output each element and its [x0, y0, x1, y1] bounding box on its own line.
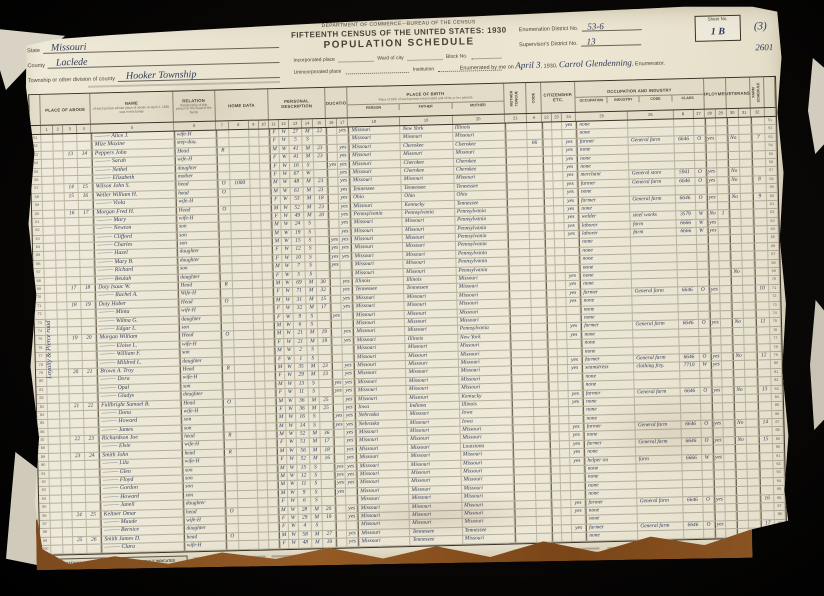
cell-ind: General farm	[633, 287, 678, 295]
cell-val	[230, 155, 250, 163]
cell-rel: Head	[178, 298, 220, 306]
cell-bpf: Missouri	[409, 477, 461, 486]
cell-uline: 1	[718, 210, 729, 218]
cell-imm	[547, 324, 557, 332]
cell-val	[232, 272, 252, 280]
cell-tongue	[505, 123, 527, 131]
cell-tongue	[514, 509, 536, 517]
cell-eng	[562, 130, 576, 138]
cell-sch: yes	[335, 480, 346, 488]
cell-eng: yes	[566, 290, 580, 298]
cell-war	[739, 126, 751, 134]
cell-imm	[548, 374, 558, 382]
cell-sex: F	[279, 515, 289, 523]
cell-war	[740, 168, 752, 176]
cell-fsch	[757, 369, 771, 377]
cell-bp: Missouri	[349, 160, 401, 169]
cell-cls	[697, 253, 708, 261]
cell-tongue	[515, 526, 537, 534]
column-number: 4	[77, 125, 91, 133]
column-number: 27	[693, 110, 704, 118]
cell-val	[234, 340, 254, 348]
cell-code	[532, 307, 547, 315]
cell-uline	[717, 168, 728, 176]
cell-bpf: Kentucky	[402, 200, 454, 209]
cell-street	[49, 462, 61, 470]
cell-ln: 52	[765, 125, 776, 133]
cell-tongue	[508, 266, 530, 274]
cell-mar: S	[311, 472, 322, 480]
cell-bpm: Pennsylvania	[455, 216, 507, 225]
cell-ind	[636, 447, 681, 455]
cell-agem	[320, 388, 333, 396]
cell-sch	[329, 228, 340, 236]
cell-sch	[331, 321, 342, 329]
cell-bpm: Missouri	[459, 358, 511, 367]
cell-imm	[551, 483, 561, 491]
cell-nat	[562, 525, 572, 533]
cell-farm	[265, 364, 275, 372]
cell-agem	[316, 254, 329, 262]
cell-mar: M	[312, 539, 323, 547]
cell-cls: W	[696, 219, 707, 227]
cell-mar: M	[312, 514, 323, 522]
cell-street	[41, 143, 53, 151]
cell-ind	[637, 463, 682, 471]
cell-imm	[544, 206, 554, 214]
cell-bp: Missouri	[351, 244, 403, 253]
cell-war	[747, 445, 759, 453]
cell-sch	[331, 304, 342, 312]
cell-rel: wife-H	[176, 215, 218, 223]
sheet-number-value: 1 B	[711, 26, 725, 37]
cell-agem: 27	[323, 531, 336, 539]
cell-ocode	[677, 270, 697, 278]
cell-race: W	[281, 196, 291, 204]
cell-uline	[718, 219, 729, 227]
cell-uline	[725, 496, 736, 504]
cell-street	[47, 386, 59, 394]
cell-rw: yes	[347, 530, 358, 538]
cell-street	[49, 437, 61, 445]
cell-house	[54, 176, 64, 184]
cell-ln: 86	[772, 411, 783, 419]
cell-vet	[729, 227, 741, 235]
cell-vet	[731, 302, 743, 310]
cell-eng: yes	[563, 155, 577, 163]
cell-agem	[314, 161, 327, 169]
cell-mar: M	[309, 397, 320, 405]
cell-house	[55, 210, 65, 218]
cell-ind: clothing fcty.	[634, 363, 679, 371]
cell-age: 5	[289, 137, 302, 145]
cell-work	[710, 328, 721, 336]
township-label: Township or other division of county	[28, 76, 115, 84]
cell-cls: O	[695, 177, 706, 185]
cell-agem: 20	[322, 505, 335, 513]
cell-own	[219, 239, 232, 247]
cell-vet	[730, 252, 742, 260]
cell-val	[237, 449, 257, 457]
cell-uline	[724, 454, 735, 462]
cell-ocode	[682, 446, 702, 454]
cell-age: 7	[292, 263, 305, 271]
cell-agem: 32	[317, 287, 330, 295]
cell-bpf: Cherokee	[402, 167, 454, 176]
cell-age: 13	[295, 380, 308, 388]
supervisors-district-label: Supervisor's District No.	[519, 41, 578, 48]
cell-ocode	[678, 312, 698, 320]
cell-code	[531, 274, 546, 282]
cell-imm	[546, 290, 556, 298]
cell-mar: S	[310, 464, 321, 472]
cell-nat	[557, 332, 567, 340]
cell-war	[740, 176, 752, 184]
cell-work: yes	[707, 219, 718, 227]
cell-radio	[256, 406, 266, 414]
cell-ln: 51	[30, 135, 41, 143]
cell-own	[223, 416, 236, 424]
cell-eng: yes	[570, 432, 584, 440]
cell-cls	[699, 345, 710, 353]
column-number: 25	[576, 112, 628, 121]
cell-occ: none	[585, 481, 637, 490]
cell-rel: son	[183, 491, 225, 499]
cell-bpm: Pennsylvania	[455, 224, 507, 233]
cell-imm	[549, 416, 559, 424]
cell-bpm: Missouri	[459, 375, 511, 384]
cell-sex: M	[271, 221, 281, 229]
cell-own	[226, 541, 239, 549]
cell-bp: Missouri	[351, 235, 403, 244]
cell-rel: son	[182, 475, 224, 483]
cell-bp: Missouri	[357, 478, 409, 487]
cell-rw: yes	[343, 371, 354, 379]
cell-uline	[720, 286, 731, 294]
cell-ocode	[676, 236, 696, 244]
cell-work	[706, 152, 717, 160]
cell-agem: 22	[313, 128, 326, 136]
cell-imm	[550, 458, 560, 466]
cell-vet: No	[732, 319, 744, 327]
cell-race: W	[284, 347, 294, 355]
cell-ocode: 3579	[676, 211, 696, 219]
cell-rw: yes	[342, 329, 353, 337]
cell-street	[48, 420, 60, 428]
cell-nat	[556, 298, 566, 306]
cell-tongue	[511, 358, 533, 366]
cell-race: W	[281, 213, 291, 221]
cell-agem	[322, 489, 335, 497]
cell-dw: 23	[71, 453, 85, 461]
cell-ind	[635, 405, 680, 413]
cell-bpf: Missouri	[408, 418, 460, 427]
cell-farm	[261, 213, 271, 221]
cell-work	[714, 504, 725, 512]
cell-sch	[333, 404, 344, 412]
cell-fam: 14	[78, 150, 92, 158]
cell-nat	[553, 172, 563, 180]
cell-vet: No	[734, 420, 746, 428]
table-body: 51——— Alice J.wife-HFW27M22yesMissouriNe…	[30, 117, 786, 555]
cell-nat	[559, 399, 569, 407]
cell-rw: yes	[343, 362, 354, 370]
cell-ln: 75	[770, 318, 781, 326]
column-number	[765, 108, 776, 116]
cell-war	[747, 436, 759, 444]
cell-imm	[551, 491, 561, 499]
cell-ln: 82	[37, 395, 48, 403]
cell-house	[56, 227, 66, 235]
cell-code	[528, 156, 543, 164]
cell-war	[745, 369, 757, 377]
cell-sex: F	[270, 154, 280, 162]
cell-fam: 20	[82, 335, 96, 343]
cell-val	[230, 189, 250, 197]
cell-nat	[557, 307, 567, 315]
cell-code	[536, 483, 551, 491]
cell-bpf: Missouri	[410, 511, 462, 520]
cell-own	[225, 516, 238, 524]
cell-vet	[730, 244, 742, 252]
cell-ln: 80	[36, 378, 47, 386]
cell-bp: Missouri	[358, 504, 410, 513]
cell-tongue	[509, 308, 531, 316]
cell-fsch	[758, 394, 772, 402]
cell-code	[535, 467, 550, 475]
cell-bpf: Missouri	[405, 293, 457, 302]
cell-mar: S	[308, 380, 319, 388]
cell-house	[63, 537, 73, 545]
cell-ln: 62	[767, 209, 778, 217]
cell-bpm: Missouri	[457, 283, 509, 292]
cell-street	[50, 512, 62, 520]
cell-sex: M	[276, 397, 286, 405]
cell-bpm: Missouri	[453, 149, 505, 158]
cell-fsch	[758, 402, 772, 410]
cell-own	[224, 466, 237, 474]
cell-tongue	[505, 140, 527, 148]
cell-age: 21	[294, 330, 307, 338]
cell-bpf: Missouri	[408, 410, 460, 419]
cell-work	[711, 370, 722, 378]
cell-ocode	[679, 337, 699, 345]
cell-ln: 69	[769, 268, 780, 276]
cell-nat	[552, 131, 562, 139]
cell-code	[531, 299, 546, 307]
cell-house	[56, 252, 66, 260]
state-label: State	[27, 48, 40, 54]
cell-sex: M	[275, 364, 285, 372]
cell-rel: son	[176, 240, 218, 248]
cell-fam	[86, 469, 100, 477]
cell-war	[746, 394, 758, 402]
cell-house	[60, 403, 70, 411]
cell-bpf: Missouri	[405, 301, 457, 310]
cell-eng	[569, 415, 583, 423]
cell-age: 16	[296, 414, 309, 422]
cell-work	[711, 395, 722, 403]
cell-imm	[551, 466, 561, 474]
cell-eng: yes	[568, 357, 582, 365]
scan-background: State Missouri County Laclede Township o…	[0, 0, 824, 596]
cell-bp: Missouri	[350, 176, 402, 185]
cell-bpm: Missouri	[461, 459, 513, 468]
cell-farm	[263, 297, 273, 305]
cell-imm	[546, 273, 556, 281]
cell-mar: S	[309, 413, 320, 421]
cell-own	[224, 483, 237, 491]
cell-vet	[731, 286, 743, 294]
cell-ind	[629, 153, 674, 161]
cell-mar: M	[303, 153, 314, 161]
cell-imm	[546, 265, 556, 273]
cell-ind	[632, 270, 677, 278]
cell-dw	[73, 528, 87, 536]
cell-bpf: Missouri	[406, 351, 458, 360]
cell-tongue	[514, 492, 536, 500]
column-number: 14	[302, 119, 313, 127]
cell-work	[705, 127, 716, 135]
cell-war	[741, 201, 753, 209]
cell-nat	[557, 323, 567, 331]
cell-ocode: 7710	[680, 362, 700, 370]
cell-uline	[723, 428, 734, 436]
cell-nat	[553, 147, 563, 155]
cell-race: W	[281, 188, 291, 196]
cell-race: W	[285, 355, 295, 363]
cell-house	[58, 344, 68, 352]
cell-bpm: Kentucky	[459, 392, 511, 401]
cell-fam	[82, 318, 96, 326]
cell-ln: 89	[38, 454, 49, 462]
cell-occ: none	[580, 255, 632, 264]
cell-vet	[736, 512, 748, 520]
cell-code	[530, 248, 545, 256]
cell-imm	[550, 433, 560, 441]
cell-rel: son	[181, 416, 223, 424]
cell-farm	[264, 339, 274, 347]
cell-race: W	[283, 288, 293, 296]
cell-street	[47, 378, 59, 386]
cell-house	[62, 503, 72, 511]
cell-age: 12	[292, 246, 305, 254]
cell-val	[237, 457, 257, 465]
cell-cls: O	[703, 496, 714, 504]
cell-bpm: Louisiana	[461, 442, 513, 451]
cell-cls: O	[704, 521, 715, 529]
cell-uline	[716, 127, 727, 135]
cell-code	[528, 148, 543, 156]
cell-fam	[83, 377, 97, 385]
cell-uline	[725, 512, 736, 520]
cell-eng: yes	[564, 181, 578, 189]
cell-dw: 21	[70, 402, 84, 410]
cell-own: O	[217, 181, 230, 189]
cell-rw: yes	[343, 379, 354, 387]
cell-eng: yes	[569, 399, 583, 407]
cell-bpf: Illinois	[406, 335, 458, 344]
cell-own	[216, 139, 229, 147]
cell-dw	[72, 486, 86, 494]
cell-eng	[566, 264, 580, 272]
cell-mar: S	[303, 162, 314, 170]
cell-radio	[250, 163, 260, 171]
cell-ind	[629, 161, 674, 169]
cell-fam	[81, 268, 95, 276]
cell-age: 1	[295, 355, 308, 363]
cell-race: W	[282, 229, 292, 237]
cell-uline	[717, 185, 728, 193]
column-number: 28	[704, 109, 715, 117]
cell-ln: 87	[38, 437, 49, 445]
cell-farm	[267, 448, 277, 456]
cell-dw	[63, 134, 77, 142]
cell-war	[747, 470, 759, 478]
cell-sch: yes	[333, 388, 344, 396]
cell-ln: 87	[772, 419, 783, 427]
cell-farm	[266, 406, 276, 414]
cell-dw	[66, 251, 80, 259]
cell-rw: yes	[342, 337, 353, 345]
cell-ind: farm	[631, 220, 676, 228]
cell-uline	[724, 462, 735, 470]
cell-agem	[318, 312, 331, 320]
cell-mar: M	[310, 447, 321, 455]
cell-mar: S	[305, 237, 316, 245]
cell-nat	[559, 416, 569, 424]
cell-uline	[725, 487, 736, 495]
cell-farm	[263, 280, 273, 288]
cell-rel: daughter	[175, 164, 217, 172]
cell-fsch	[755, 268, 769, 276]
cell-house	[62, 495, 72, 503]
cell-age: 48	[290, 179, 303, 187]
home-data-group: HOME DATA	[215, 89, 269, 120]
cell-eng: yes	[564, 197, 578, 205]
cell-occ: none	[583, 414, 635, 423]
cell-fam: 22	[84, 402, 98, 410]
column-number: 20	[453, 115, 505, 124]
cell-ln: 74	[770, 310, 781, 318]
cell-vet	[728, 160, 740, 168]
cell-fam	[84, 394, 98, 402]
cell-bp: Missouri	[358, 512, 410, 521]
cell-code	[533, 366, 548, 374]
cell-agem	[313, 136, 326, 144]
cell-val	[239, 532, 259, 540]
cell-fsch: 11	[756, 319, 770, 327]
cell-ln: 99	[40, 538, 51, 546]
cell-rel: daughter	[177, 273, 219, 281]
cell-bpm: Cherokee	[454, 157, 506, 166]
block-label: Block No.	[446, 53, 468, 60]
cell-bpf: Missouri	[407, 376, 459, 385]
cell-imm	[551, 500, 561, 508]
cell-nat	[555, 248, 565, 256]
location-fields: State Missouri County Laclede Township o…	[27, 22, 280, 92]
cell-bp: Missouri	[358, 529, 410, 538]
cell-rw	[346, 496, 357, 504]
cell-ln: 54	[766, 142, 777, 150]
cell-race: W	[280, 154, 290, 162]
cell-bpf: Pennsylvania	[403, 209, 455, 218]
cell-ln: 88	[38, 445, 49, 453]
cell-own: R	[222, 365, 235, 373]
cell-sex: M	[276, 423, 286, 431]
district-fields: Enumeration District No. 53-6 Supervisor…	[518, 10, 775, 80]
cell-war	[740, 151, 752, 159]
